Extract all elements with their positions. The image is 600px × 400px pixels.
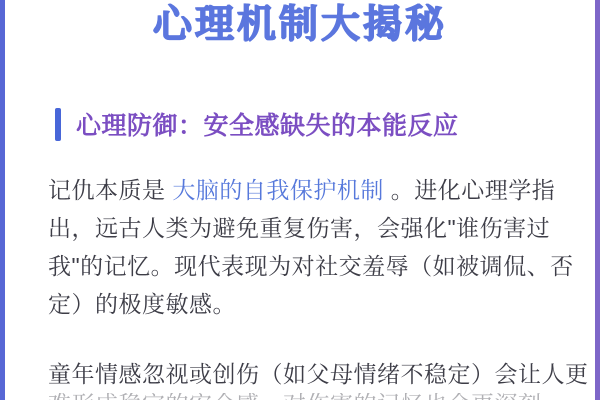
section-header: 心理防御：安全感缺失的本能反应 [55,106,560,142]
body-text: 我"的记忆。现代表现为对社交羞辱（如被调侃、否 [48,253,574,279]
highlighted-text: 大脑的自我保护机制 [172,177,384,203]
clipped-text-line: 难形成稳定的安全感，对伤害的记忆也会更深刻 [48,393,564,400]
text-line: 定）的极度敏感。 [48,285,564,323]
body-text: 记仇本质是 [48,177,172,203]
body-text: 。进化心理学指 [384,177,555,203]
text-line: 记仇本质是 大脑的自我保护机制 。进化心理学指 [48,171,564,209]
card-right-border [595,0,600,400]
section-header-title: 心理防御：安全感缺失的本能反应 [76,106,459,142]
paragraph-childhood-trauma: 童年情感忽视或创伤（如父母情绪不稳定）会让人更 [48,355,564,393]
body-text: 出，远古人类为避免重复伤害，会强化"谁伤害过 [48,215,550,241]
section-header-accent-bar [55,108,61,141]
text-line: 我"的记忆。现代表现为对社交羞辱（如被调侃、否 [48,247,564,285]
infographic-card: 心理机制大揭秘 心理防御：安全感缺失的本能反应 记仇本质是 大脑的自我保护机制 … [0,0,600,400]
card-left-border [0,0,5,400]
text-line: 童年情感忽视或创伤（如父母情绪不稳定）会让人更 [48,355,564,393]
body-text: 童年情感忽视或创伤（如父母情绪不稳定）会让人更 [48,361,589,387]
paragraph-psychological-defense: 记仇本质是 大脑的自我保护机制 。进化心理学指出，远古人类为避免重复伤害，会强化… [48,171,564,323]
body-text: 定）的极度敏感。 [48,291,236,317]
page-title: 心理机制大揭秘 [10,0,590,50]
text-line: 出，远古人类为避免重复伤害，会强化"谁伤害过 [48,209,564,247]
